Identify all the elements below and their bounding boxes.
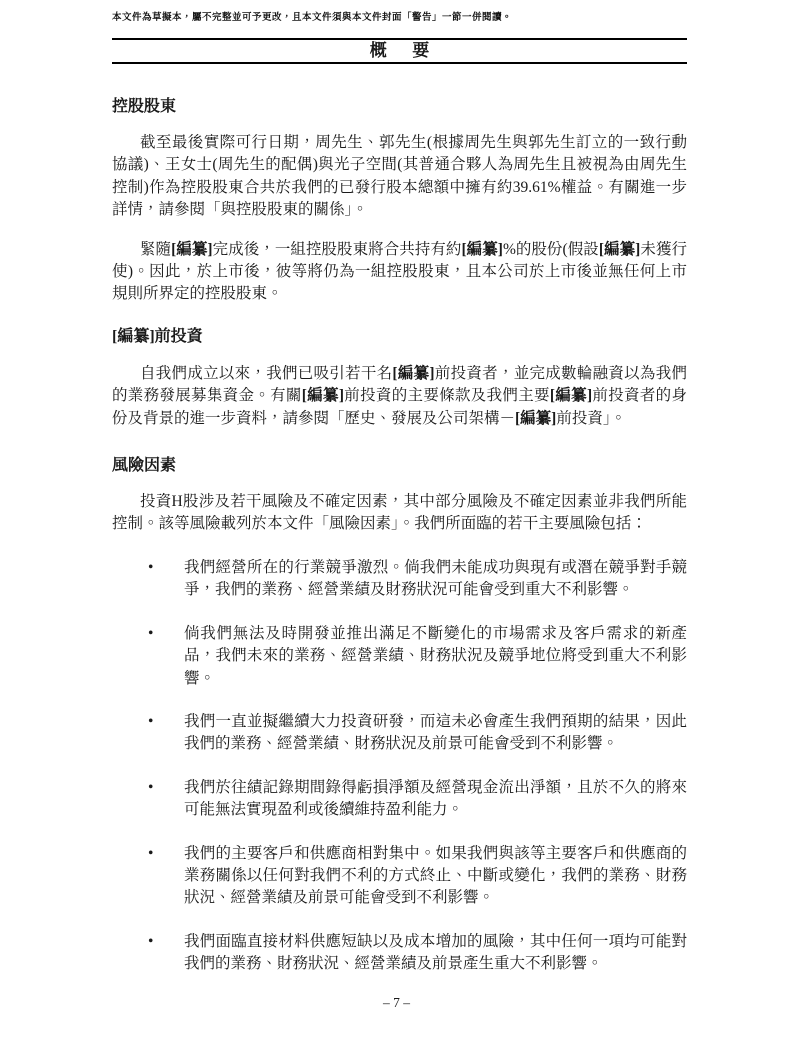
bullet-dot-icon: • <box>148 777 153 799</box>
risk-bullet-text: 我們經營所在的行業競爭激烈。倘我們未能成功與現有或潛在競爭對手競爭，我們的業務、… <box>184 559 687 598</box>
risk-bullet-item: • 我們經營所在的行業競爭激烈。倘我們未能成功與現有或潛在競爭對手競爭，我們的業… <box>112 557 687 602</box>
risk-bullet-text: 我們的主要客戶和供應商相對集中。如果我們與該等主要客戶和供應商的業務關係以任何對… <box>184 845 687 907</box>
risk-bullet-item: • 我們一直並擬繼續大力投資研發，而這未必會產生我們預期的結果，因此我們的業務、… <box>112 711 687 756</box>
risk-bullet-item: • 我們的主要客戶和供應商相對集中。如果我們與該等主要客戶和供應商的業務關係以任… <box>112 843 687 910</box>
risk-bullet-item: • 倘我們無法及時開發並推出滿足不斷變化的市場需求及客戶需求的新產品，我們未來的… <box>112 623 687 690</box>
risk-bullet-text: 我們一直並擬繼續大力投資研發，而這未必會產生我們預期的結果，因此我們的業務、經營… <box>184 713 687 752</box>
paragraph-controlling-shareholders-2: 緊隨[編纂]完成後，一組控股股東將合共持有約[編纂]%的股份(假設[編纂]未獲行… <box>112 239 687 306</box>
section-heading-pre-investment: [編纂]前投資 <box>112 327 687 346</box>
section-heading-controlling-shareholders: 控股股東 <box>112 97 687 116</box>
draft-disclaimer-text: 本文件為草擬本，屬不完整並可予更改，且本文件須與本文件封面「警告」一節一併閱讀。 <box>112 11 687 24</box>
paragraph-risk-intro: 投資H股涉及若干風險及不確定因素，其中部分風險及不確定因素並非我們所能控制。該等… <box>112 491 687 536</box>
risk-bullet-text: 我們於往績記錄期間錄得虧損淨額及經營現金流出淨額，且於不久的將來可能無法實現盈利… <box>184 779 687 818</box>
page-title-band: 概要 <box>112 38 687 64</box>
bullet-dot-icon: • <box>148 843 153 865</box>
risk-bullet-item: • 我們於往績記錄期間錄得虧損淨額及經營現金流出淨額，且於不久的將來可能無法實現… <box>112 777 687 822</box>
bullet-dot-icon: • <box>148 623 153 645</box>
bullet-dot-icon: • <box>148 711 153 733</box>
risk-bullet-text: 倘我們無法及時開發並推出滿足不斷變化的市場需求及客戶需求的新產品，我們未來的業務… <box>184 625 687 687</box>
bullet-dot-icon: • <box>148 557 153 579</box>
risk-bullet-item: • 我們面臨直接材料供應短缺以及成本增加的風險，其中任何一項均可能對我們的業務、… <box>112 931 687 976</box>
bullet-dot-icon: • <box>148 931 153 953</box>
paragraph-pre-investment-1: 自我們成立以來，我們已吸引若干名[編纂]前投資者，並完成數輪融資以為我們的業務發… <box>112 363 687 430</box>
prospectus-page: 本文件為草擬本，屬不完整並可予更改，且本文件須與本文件封面「警告」一節一併閱讀。… <box>0 0 793 1058</box>
paragraph-controlling-shareholders-1: 截至最後實際可行日期，周先生、郭先生(根據周先生與郭先生訂立的一致行動協議)、王… <box>112 132 687 222</box>
section-heading-risk-factors: 風險因素 <box>112 456 687 475</box>
risk-bullet-list: • 我們經營所在的行業競爭激烈。倘我們未能成功與現有或潛在競爭對手競爭，我們的業… <box>112 557 687 976</box>
risk-bullet-text: 我們面臨直接材料供應短缺以及成本增加的風險，其中任何一項均可能對我們的業務、財務… <box>184 933 687 972</box>
page-number: – 7 – <box>0 995 793 1011</box>
page-title: 概要 <box>112 41 687 61</box>
